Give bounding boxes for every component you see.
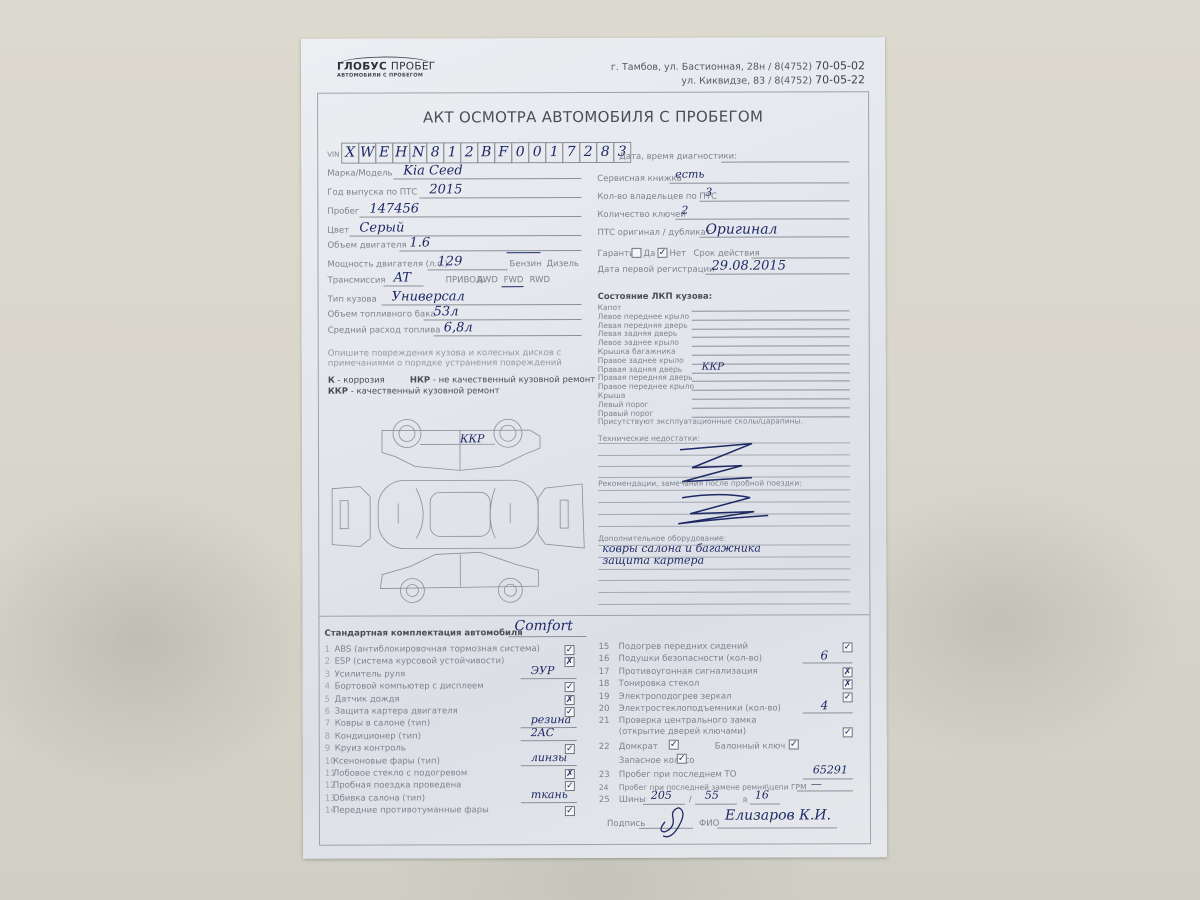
first-registration-value: 29.08.2015 <box>712 258 786 273</box>
equipment-item-checkbox[interactable]: ✓ <box>565 806 575 816</box>
equipment-item-checbox[interactable]: ✗ <box>843 680 853 690</box>
equipment-item-checbox[interactable]: ✗ <box>843 667 853 677</box>
equipment-item-number: 20 <box>599 704 610 714</box>
warranty-yes-label: Да <box>643 249 655 259</box>
legend-code-kkr: ККР <box>328 387 348 397</box>
equipment-item-number: 19 <box>599 692 610 702</box>
last-service-mileage-label: Пробег при последнем ТО <box>619 770 737 780</box>
jack-checkbox[interactable]: ✓ <box>669 740 679 750</box>
tire-radius-field[interactable] <box>750 804 780 805</box>
equipment-item-label: Датчик дождя <box>335 694 400 704</box>
field-label: Год выпуска по ПТС <box>327 187 417 197</box>
field-value: 1.6 <box>409 235 430 250</box>
paint-item-label: Левое заднее крыло <box>598 338 679 347</box>
vin-cell[interactable]: 8 <box>426 142 444 163</box>
jack-label: Домкрат <box>619 742 658 752</box>
field-label: Объем двигателя <box>327 240 406 250</box>
equipment-item-value: 6 <box>821 649 829 663</box>
equipment-item-label: ESP (система курсовой устойчивости) <box>335 657 505 667</box>
equipment-item-field[interactable] <box>521 740 577 741</box>
equipment-item-label: Подушки безопасности (кол-во) <box>619 654 763 664</box>
section-divider <box>319 614 869 616</box>
vin-cell[interactable]: 1 <box>443 142 461 163</box>
warranty-term-label: Срок действия <box>693 249 759 259</box>
tire-radius-label: R <box>743 797 748 805</box>
last-service-mileage-value: 65291 <box>813 763 848 776</box>
equipment-item-24-number: 24 <box>599 783 609 792</box>
equipment-item-value: резина <box>531 713 571 726</box>
fuel-selected-mark <box>506 252 540 253</box>
trim-value: Comfort <box>514 618 572 634</box>
equipment-item-number: 1 <box>325 645 330 655</box>
vin-cell[interactable]: 8 <box>596 142 614 163</box>
field-label: Трансмиссия <box>328 276 386 286</box>
equipment-item-field[interactable] <box>803 663 853 664</box>
warranty-no-checkbox[interactable]: ✓ <box>657 248 667 258</box>
equipment-item-value: линзы <box>531 751 567 764</box>
warranty-no-label: Нет <box>669 249 686 259</box>
equipment-item-value: ткань <box>531 788 568 801</box>
field-value: есть <box>675 168 704 181</box>
equipment-item-field[interactable] <box>521 678 577 679</box>
equipment-item-checkbox[interactable]: ✗ <box>565 695 575 705</box>
vin-label: VIN <box>327 151 339 159</box>
logo-car-arc-icon <box>339 56 431 71</box>
inspection-form-sheet: ГЛОБУС ПРОБЕГ АВТОМОБИЛИ С ПРОБЕГОМ г. Т… <box>301 37 887 859</box>
equipment-item-label: Противоугонная сигнализация <box>619 666 758 676</box>
paint-item-label: Капот <box>598 303 622 312</box>
address-2: ул. Киквидзе, 83 / 8(4752) <box>681 75 812 86</box>
equipment-item-22-number: 22 <box>599 742 610 752</box>
fuel-option-petrol[interactable]: Бензин <box>510 259 542 269</box>
equipment-item-label: Передние противотуманные фары <box>333 805 489 815</box>
equipment-item-checbox[interactable]: ✓ <box>843 728 853 738</box>
wheel-wrench-checkbox[interactable]: ✓ <box>789 739 799 749</box>
field-value: AT <box>394 270 411 285</box>
equipment-item-number: 7 <box>325 719 330 729</box>
field-value: 2 <box>681 204 688 217</box>
legend-code-k: К <box>328 376 335 386</box>
document-title: АКТ ОСМОТРА АВТОМОБИЛЯ С ПРОБЕГОМ <box>301 107 885 127</box>
address-line-2: ул. Киквидзе, 83 / 8(4752) 70-05-22 <box>681 73 865 86</box>
vin-cell[interactable]: H <box>392 142 410 163</box>
address-line-1: г. Тамбов, ул. Бастионная, 28н / 8(4752)… <box>611 59 865 73</box>
equipment-item-label: ABS (антиблокировочная тормозная система… <box>335 644 540 655</box>
equipment-item-25-number: 25 <box>599 795 610 805</box>
equipment-item-label: Электроподогрев зеркал <box>619 691 732 701</box>
address-1: г. Тамбов, ул. Бастионная, 28н / 8(4752) <box>611 61 812 73</box>
damage-instructions: Опишите повреждения кузова и колесных ди… <box>328 348 588 369</box>
field-value: 147456 <box>369 201 419 216</box>
full-name-value: Елизаров К.И. <box>725 807 831 823</box>
recommendations-label: Рекомендации, замечания после пробной по… <box>598 478 802 488</box>
equipment-item-number: 3 <box>325 669 330 679</box>
timing-belt-mileage-value: — <box>811 777 822 790</box>
warranty-yes-checkbox[interactable] <box>631 248 641 258</box>
field-value: 3 <box>705 186 712 199</box>
phone-1: 70-05-02 <box>815 59 865 72</box>
field-label: Количество ключей <box>597 210 686 220</box>
paint-item-label: Крыша <box>598 391 625 400</box>
equipment-item-number: 17 <box>599 667 610 677</box>
equipment-item-number: 4 <box>325 682 330 692</box>
field-label: Средний расход топлива <box>328 325 441 335</box>
equipment-item-field[interactable] <box>803 712 853 713</box>
tire-width-value: 205 <box>651 789 672 802</box>
spare-wheel-checkbox[interactable]: ✓ <box>677 754 687 764</box>
drive-option-awd[interactable]: AWD <box>478 275 498 285</box>
paint-item-label: Крышка багажника <box>598 347 676 356</box>
field-value: Универсал <box>392 289 465 304</box>
vin-cell[interactable]: N <box>409 142 427 163</box>
field-label: Пробег <box>327 207 359 217</box>
equipment-item-value: 4 <box>821 698 829 712</box>
vin-cell[interactable]: X <box>341 143 359 164</box>
drive-selected-mark <box>502 286 524 287</box>
vin-cell[interactable]: 0 <box>528 142 546 163</box>
equipment-item-number: 5 <box>325 694 330 704</box>
car-damage-diagram[interactable] <box>320 408 591 609</box>
equipment-item-label: Усилитель руля <box>335 669 406 679</box>
vin-cell[interactable]: 0 <box>511 142 529 163</box>
paint-item-label: Левый порог <box>598 400 649 409</box>
legend-text-k: - коррозия <box>337 376 384 386</box>
equipment-item-label: Обивка салона (тип) <box>333 793 425 803</box>
equipment-item-label: Бортовой компьютер с дисплеем <box>335 681 484 691</box>
field-value: Kia Ceed <box>403 163 462 178</box>
equipment-item-label: Ковры в салоне (тип) <box>335 719 430 729</box>
equipment-item-number: 9 <box>325 744 330 754</box>
equipment-item-label: Пробная поездка проведена <box>333 781 462 791</box>
equipment-item-label: Защита картера двигателя <box>335 706 458 716</box>
vin-cell[interactable]: 1 <box>545 142 563 163</box>
equipment-item-number: 21 <box>599 716 610 726</box>
legend-text-kkr: - качественный кузовной ремонт <box>351 386 500 396</box>
paint-item-label: Правая задняя дверь <box>598 364 682 373</box>
field-label: Объем топливного бака <box>328 309 436 319</box>
equipment-item-label: Лобовое стекло с подогревом <box>333 768 467 778</box>
equipment-item-23-number: 23 <box>599 770 610 780</box>
equipment-item-checbox[interactable]: ✓ <box>843 642 853 652</box>
equipment-item-value: ЭУР <box>531 664 555 677</box>
equipment-item-number: 6 <box>325 707 330 717</box>
field-value: 129 <box>437 254 462 269</box>
equipment-item-number: 15 <box>599 642 610 652</box>
vin-cell[interactable]: 2 <box>460 142 478 163</box>
equipment-item-number: 8 <box>325 731 330 741</box>
vin-cell[interactable]: 7 <box>562 142 580 163</box>
vin-cell[interactable]: F <box>494 142 512 163</box>
equipment-item-label: Тонировка стекол <box>619 679 700 689</box>
tires-label: Шины <box>619 795 646 805</box>
tire-radius-value: 16 <box>755 789 769 802</box>
paint-condition-title: Состояние ЛКП кузова: <box>598 292 713 302</box>
equipment-item-checkbox[interactable]: ✗ <box>565 657 575 667</box>
tire-profile-field[interactable] <box>695 804 737 805</box>
crossed-out-scribble-icon <box>670 488 770 528</box>
equipment-item-label: Круиз контроль <box>335 744 406 754</box>
equipment-item-value: 2AC <box>531 726 554 739</box>
field-input[interactable] <box>384 285 424 286</box>
equipment-item-field[interactable] <box>521 765 577 766</box>
equipment-item-label: Проверка центрального замка <box>619 716 757 726</box>
equipment-item-label-cont: (открытие дверей ключами) <box>619 727 746 737</box>
equipment-item-number: 16 <box>599 654 610 664</box>
first-registration-label: Дата первой регистрации <box>598 265 715 275</box>
wheel-wrench-label: Балонный ключ <box>715 742 786 752</box>
logo-tagline: АВТОМОБИЛИ С ПРОБЕГОМ <box>337 72 435 78</box>
field-value: Серый <box>359 220 404 235</box>
legend-text-nkr: - не качественный кузовной ремонт <box>433 375 595 385</box>
equipment-item-label: Ксеноновые фары (тип) <box>333 756 440 766</box>
field-label: Марка/Модель <box>327 169 392 179</box>
field-value: 53л <box>434 304 459 319</box>
equipment-item-label: Подогрев передних сидений <box>619 642 749 652</box>
field-label: Тип кузова <box>328 295 377 305</box>
vin-cell[interactable]: 2 <box>579 142 597 163</box>
vin-field[interactable]: XWEHN812BF0017283 <box>341 142 630 164</box>
standard-equipment-title: Стандартная комплектация автомобиля <box>324 628 522 639</box>
timing-belt-mileage-field[interactable] <box>797 790 853 791</box>
paint-condition-footer: Присутствуют эксплуатационные сколы/цара… <box>598 416 803 426</box>
paint-item-value: ККР <box>702 361 724 372</box>
additional-equipment-line-2: защита картера <box>602 554 704 567</box>
company-logo: ГЛОБУС ПРОБЕГ АВТОМОБИЛИ С ПРОБЕГОМ <box>337 60 436 78</box>
field-value: 2015 <box>429 182 462 197</box>
field-label: Цвет <box>327 226 349 236</box>
equipment-item-label: Кондиционер (тип) <box>335 731 421 741</box>
tire-profile-value: 55 <box>705 789 719 802</box>
field-value: Оригинал <box>705 222 777 238</box>
paint-item-label: Левая задняя дверь <box>598 329 678 338</box>
phone-2: 70-05-22 <box>815 73 865 86</box>
vin-cell[interactable]: W <box>358 143 376 164</box>
signature-scribble-icon <box>653 802 693 842</box>
fuel-option-diesel[interactable]: Дизель <box>547 259 579 269</box>
field-label: ПТС оригинал / дубликат <box>597 228 710 238</box>
vin-cell[interactable]: E <box>375 143 393 164</box>
equipment-item-number: 18 <box>599 679 610 689</box>
equipment-item-checkbox[interactable]: ✓ <box>565 682 575 692</box>
equipment-item-number: 2 <box>325 657 330 667</box>
paint-item-label: Правое переднее крыло <box>598 382 694 391</box>
diagnostic-datetime-label: Дата, время диагностики: <box>619 152 737 162</box>
equipment-item-label: Электростеклоподъемники (кол-во) <box>619 704 781 714</box>
diagram-damage-mark: ККР <box>460 432 484 445</box>
field-input[interactable] <box>428 269 508 270</box>
field-value: 6,8л <box>444 320 473 335</box>
equipment-item-checkbox[interactable]: ✗ <box>565 769 575 779</box>
drive-option-rwd[interactable]: RWD <box>530 275 551 285</box>
equipment-item-checkbox[interactable]: ✓ <box>565 645 575 655</box>
equipment-item-field[interactable] <box>521 802 577 803</box>
drive-option-fwd[interactable]: FWD <box>504 275 524 285</box>
vin-cell[interactable]: B <box>477 142 495 163</box>
equipment-item-checbox[interactable]: ✓ <box>843 692 853 702</box>
trim-field[interactable] <box>508 636 586 637</box>
field-label: Мощность двигателя (л.с.) <box>328 259 448 269</box>
legend-code-nkr: НКР <box>410 375 430 385</box>
